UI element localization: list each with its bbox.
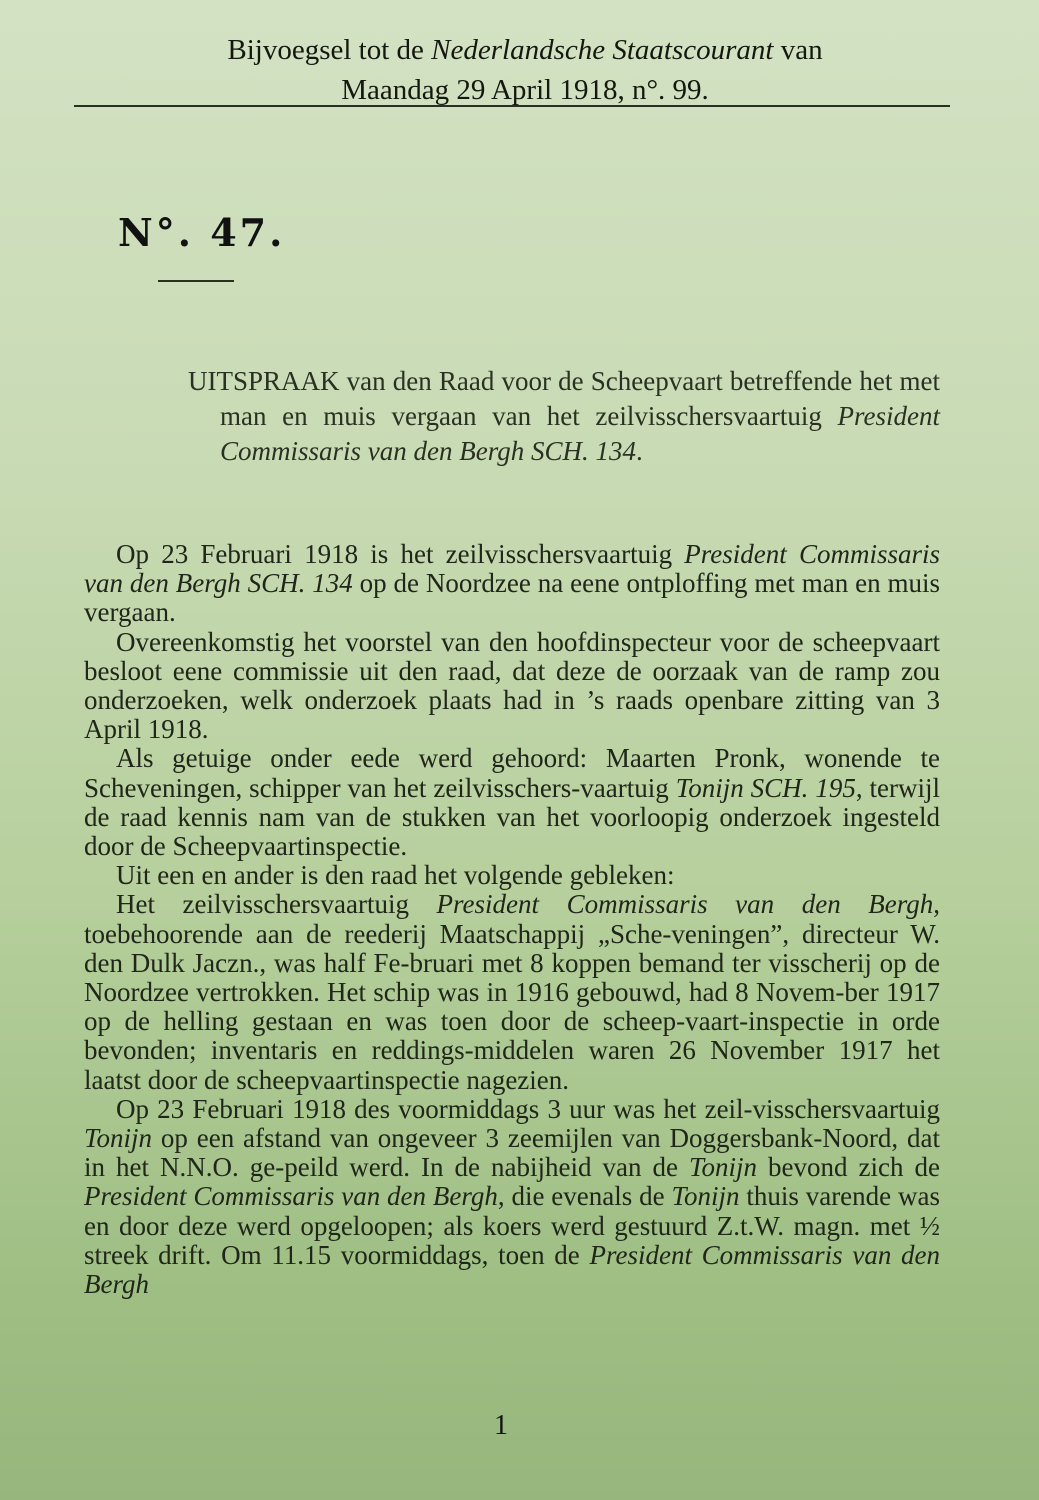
text: Het zeilvisschersvaartuig — [116, 889, 437, 919]
gazette-name: Nederlandsche Staatscourant — [431, 34, 773, 66]
header-prefix: Bijvoegsel tot de — [227, 34, 431, 66]
document-number: N°. 47. — [118, 210, 285, 255]
title-paragraph: UITSPRAAK van den Raad voor de Scheepvaa… — [188, 364, 940, 469]
document-page: Bijvoegsel tot de Nederlandsche Staatsco… — [0, 0, 1039, 1500]
text: Op 23 Februari 1918 des voormiddags 3 uu… — [116, 1094, 940, 1124]
text: Uit een en ander is den raad het volgend… — [116, 860, 675, 890]
paragraph-4: Uit een en ander is den raad het volgend… — [84, 861, 940, 890]
text: , die evenals de — [498, 1181, 672, 1211]
gazette-header: Bijvoegsel tot de Nederlandsche Staatsco… — [100, 30, 950, 110]
paragraph-6: Op 23 Februari 1918 des voormiddags 3 uu… — [84, 1095, 940, 1299]
header-divider — [74, 105, 950, 107]
title-end: . — [636, 436, 643, 466]
ruling-body: Op 23 Februari 1918 is het zeilvisschers… — [84, 540, 940, 1299]
document-number-underline — [158, 280, 234, 282]
header-suffix: van — [773, 34, 822, 66]
header-line-1: Bijvoegsel tot de Nederlandsche Staatsco… — [100, 30, 950, 70]
vessel-name: Tonijn — [689, 1152, 757, 1182]
text: bevond zich de — [757, 1152, 940, 1182]
vessel-name: Tonijn — [671, 1181, 739, 1211]
text: , toebehoorende aan de reederij Maatscha… — [84, 889, 940, 1094]
text: Overeenkomstig het voorstel van den hoof… — [84, 627, 940, 745]
title-text: UITSPRAAK van den Raad voor de Scheepvaa… — [188, 366, 940, 431]
vessel-name: Tonijn SCH. 195 — [676, 773, 856, 803]
paragraph-3: Als getuige onder eede werd gehoord: Maa… — [84, 744, 940, 861]
paragraph-5: Het zeilvisschersvaartuig President Comm… — [84, 890, 940, 1094]
vessel-name: President Commissaris van den Bergh — [84, 1181, 498, 1211]
vessel-name: Tonijn — [84, 1123, 152, 1153]
vessel-name: President Commissaris van den Bergh — [437, 889, 934, 919]
paragraph-1: Op 23 Februari 1918 is het zeilvisschers… — [84, 540, 940, 628]
text: Op 23 Februari 1918 is het zeilvisschers… — [116, 539, 684, 569]
header-date-line: Maandag 29 April 1918, n°. 99. — [100, 70, 950, 110]
ruling-title: UITSPRAAK van den Raad voor de Scheepvaa… — [188, 364, 940, 469]
paragraph-2: Overeenkomstig het voorstel van den hoof… — [84, 628, 940, 745]
page-number: 1 — [494, 1410, 508, 1442]
